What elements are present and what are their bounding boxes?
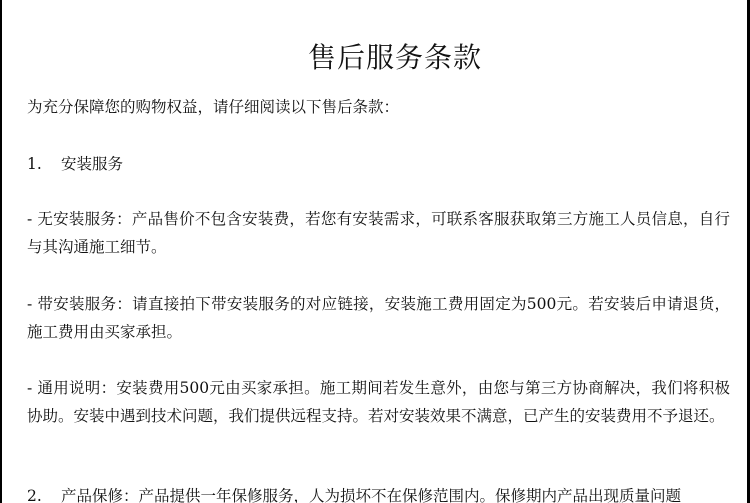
list-item-no-installation: - 无安装服务：产品售价不包含安装费，若您有安装需求，可联系客服获取第三方施工人… (27, 206, 730, 261)
section-warranty-text: 产品保修：产品提供一年保修服务，人为损坏不在保修范围内。保修期内产品出现质量问题 (61, 487, 681, 503)
section-number: 2. (27, 483, 61, 503)
page-title: 售后服务条款 (27, 38, 733, 78)
page-frame-left-border (0, 0, 2, 503)
section-heading-installation: 1.安装服务 (27, 151, 730, 179)
section-heading-label: 安装服务 (61, 155, 123, 173)
intro-paragraph: 为充分保障您的购物权益，请仔细阅读以下售后条款： (27, 94, 730, 122)
list-item-general-notes: - 通用说明：安装费用500元由买家承担。施工期间若发生意外，由您与第三方协商解… (27, 375, 730, 430)
section-heading-warranty: 2.产品保修：产品提供一年保修服务，人为损坏不在保修范围内。保修期内产品出现质量… (27, 483, 730, 503)
list-item-with-installation: - 带安装服务：请直接拍下带安装服务的对应链接，安装施工费用固定为500元。若安… (27, 291, 730, 346)
section-number: 1. (27, 151, 61, 179)
